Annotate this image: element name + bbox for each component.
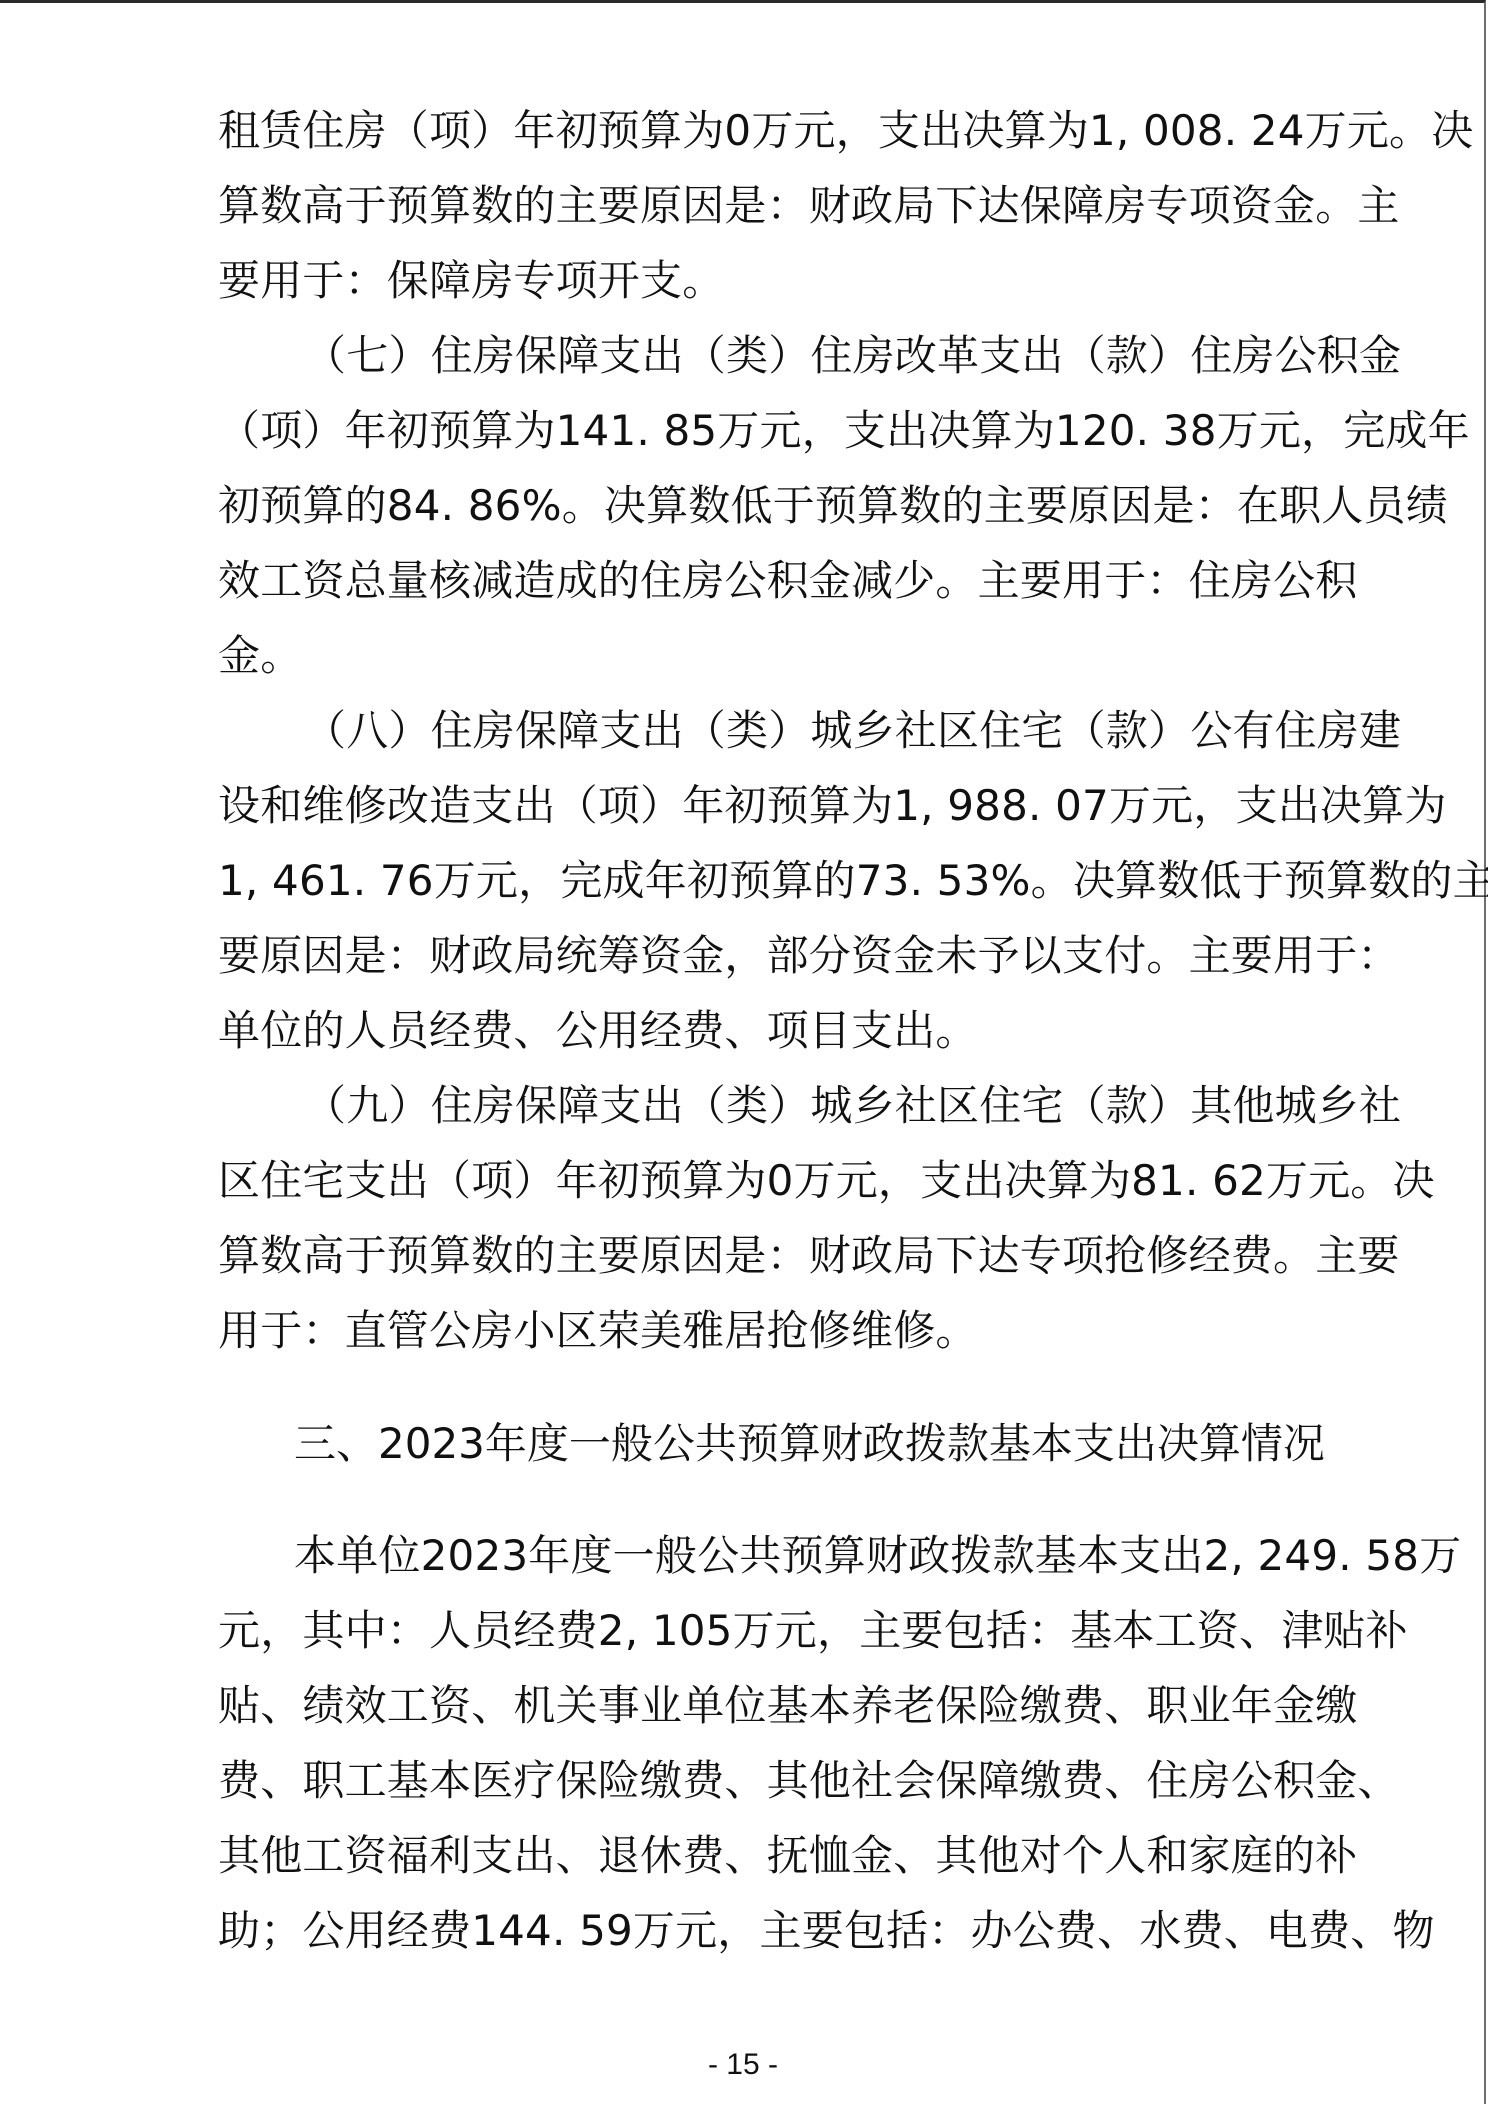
- paragraph-rental-housing: 租赁住房（项）年初预算为0万元，支出决算为1, 008. 24万元。决 算数高于…: [218, 93, 1288, 318]
- text-line: 区住宅支出（项）年初预算为0万元，支出决算为81. 62万元。决: [218, 1143, 1288, 1218]
- text-line: 要原因是：财政局统筹资金，部分资金未予以支付。主要用于：: [218, 918, 1288, 993]
- text-line: 1, 461. 76万元，完成年初预算的73. 53%。决算数低于预算数的主: [218, 843, 1288, 918]
- text-line: 单位的人员经费、公用经费、项目支出。: [218, 993, 1288, 1068]
- text-line: 元，其中：人员经费2, 105万元，主要包括：基本工资、津贴补: [218, 1593, 1288, 1668]
- text-line: 其他工资福利支出、退休费、抚恤金、其他对个人和家庭的补: [218, 1818, 1288, 1893]
- paragraph-item-8: （八）住房保障支出（类）城乡社区住宅（款）公有住房建 设和维修改造支出（项）年初…: [218, 693, 1288, 1068]
- section-2-continued: 租赁住房（项）年初预算为0万元，支出决算为1, 008. 24万元。决 算数高于…: [218, 93, 1288, 1368]
- text-line: 贴、绩效工资、机关事业单位基本养老保险缴费、职业年金缴: [218, 1668, 1288, 1743]
- section-3-paragraph: 本单位2023年度一般公共预算财政拨款基本支出2, 249. 58万 元，其中：…: [218, 1518, 1288, 1968]
- text-line: 助；公用经费144. 59万元，主要包括：办公费、水费、电费、物: [218, 1893, 1288, 1968]
- text-line: 算数高于预算数的主要原因是：财政局下达专项抢修经费。主要: [218, 1218, 1288, 1293]
- text-line: 费、职工基本医疗保险缴费、其他社会保障缴费、住房公积金、: [218, 1743, 1288, 1818]
- text-line: 要用于：保障房专项开支。: [218, 243, 1288, 318]
- section-3-heading: 三、2023年度一般公共预算财政拨款基本支出决算情况: [218, 1406, 1288, 1481]
- text-line: （七）住房保障支出（类）住房改革支出（款）住房公积金: [218, 318, 1288, 393]
- text-line: （八）住房保障支出（类）城乡社区住宅（款）公有住房建: [218, 693, 1288, 768]
- page-number: - 15 -: [0, 2045, 1486, 2085]
- text-line: 效工资总量核减造成的住房公积金减少。主要用于：住房公积: [218, 543, 1288, 618]
- document-page: 租赁住房（项）年初预算为0万元，支出决算为1, 008. 24万元。决 算数高于…: [0, 0, 1486, 2104]
- text-line: 算数高于预算数的主要原因是：财政局下达保障房专项资金。主: [218, 168, 1288, 243]
- text-line: 租赁住房（项）年初预算为0万元，支出决算为1, 008. 24万元。决: [218, 93, 1288, 168]
- text-line: 初预算的84. 86%。决算数低于预算数的主要原因是：在职人员绩: [218, 468, 1288, 543]
- text-line: 用于：直管公房小区荣美雅居抢修维修。: [218, 1293, 1288, 1368]
- text-line: （项）年初预算为141. 85万元，支出决算为120. 38万元，完成年: [218, 393, 1288, 468]
- paragraph-item-7: （七）住房保障支出（类）住房改革支出（款）住房公积金 （项）年初预算为141. …: [218, 318, 1288, 693]
- paragraph-item-9: （九）住房保障支出（类）城乡社区住宅（款）其他城乡社 区住宅支出（项）年初预算为…: [218, 1068, 1288, 1368]
- text-line: 金。: [218, 618, 1288, 693]
- text-line: （九）住房保障支出（类）城乡社区住宅（款）其他城乡社: [218, 1068, 1288, 1143]
- text-line: 本单位2023年度一般公共预算财政拨款基本支出2, 249. 58万: [218, 1518, 1288, 1593]
- text-line: 设和维修改造支出（项）年初预算为1, 988. 07万元，支出决算为: [218, 768, 1288, 843]
